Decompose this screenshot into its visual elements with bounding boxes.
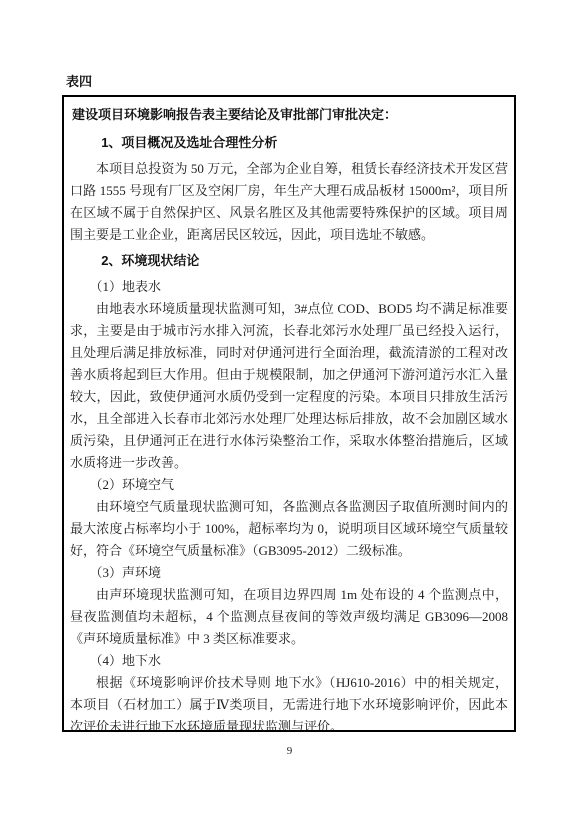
paragraph-surface-water: 由地表水环境质量现状监测可知，3#点位 COD、BOD5 均不满足标准要求，主要… <box>70 298 508 474</box>
table-title: 建设项目环境影响报告表主要结论及审批部门审批决定： <box>70 104 508 126</box>
table-caption: 表四 <box>66 71 92 90</box>
conclusion-table: 建设项目环境影响报告表主要结论及审批部门审批决定： 1、项目概况及选址合理性分析… <box>62 95 516 732</box>
section-heading-project-overview: 1、项目概况及选址合理性分析 <box>70 132 508 154</box>
document-page: 表四 建设项目环境影响报告表主要结论及审批部门审批决定： 1、项目概况及选址合理… <box>0 0 579 825</box>
page-number: 9 <box>0 745 579 757</box>
subheading-ambient-air: （2）环境空气 <box>70 474 508 496</box>
section-heading-environment-status: 2、环境现状结论 <box>70 250 508 272</box>
subheading-groundwater: （4）地下水 <box>70 650 508 672</box>
paragraph-acoustic-environment: 由声环境现状监测可知，在项目边界四周 1m 处布设的 4 个监测点中，昼夜监测值… <box>70 584 508 650</box>
subheading-surface-water: （1）地表水 <box>70 276 508 298</box>
subheading-acoustic-environment: （3）声环境 <box>70 562 508 584</box>
paragraph-groundwater: 根据《环境影响评价技术导则 地下水》（HJ610-2016）中的相关规定，本项目… <box>70 672 508 732</box>
paragraph-ambient-air: 由环境空气质量现状监测可知，各监测点各监测因子取值所测时间内的最大浓度占标率均小… <box>70 496 508 562</box>
paragraph-project-overview: 本项目总投资为 50 万元，全部为企业自筹，租赁长春经济技术开发区营口路 155… <box>70 158 508 246</box>
